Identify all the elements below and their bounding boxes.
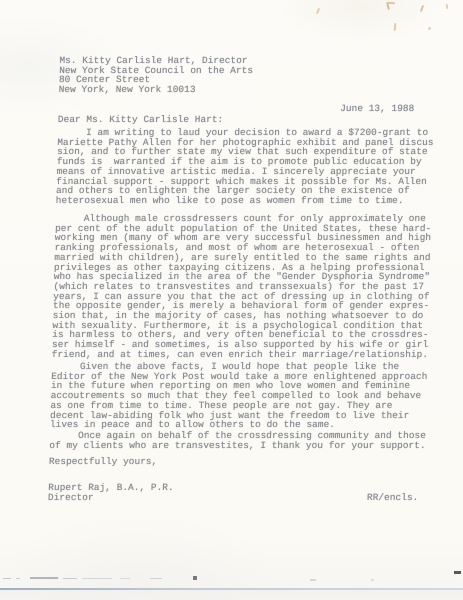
scan-speck (30, 577, 58, 579)
signature-title: Director (48, 493, 94, 503)
letter-body: Ms. Kitty Carlisle Hart, Director New Yo… (0, 0, 463, 600)
paragraph-2: Although male crossdressers count for on… (52, 214, 432, 360)
scan-speck (3, 578, 11, 579)
pencil-mark (428, 27, 431, 30)
scan-speck (82, 578, 112, 579)
paragraph-3: Given the above facts, I would hope that… (50, 362, 428, 430)
scan-speck (454, 571, 461, 574)
page-bottom-shadow (0, 590, 463, 600)
reference-initials: RR/encls. (367, 493, 419, 503)
scan-speck (193, 576, 197, 580)
paragraph-1: I am writing to laud your decision to aw… (56, 128, 434, 206)
paragraph-4: Once again on behalf of the crossdressin… (49, 431, 426, 450)
scan-speck (16, 578, 20, 579)
scan-speck (371, 579, 374, 581)
closing-line: Respectfully yours, (49, 457, 158, 467)
salutation: Dear Ms. Kitty Carlisle Hart: (58, 115, 224, 125)
scan-speck (120, 578, 130, 579)
scan-speck (150, 578, 162, 579)
scanned-letter-page: Ms. Kitty Carlisle Hart, Director New Yo… (0, 0, 463, 600)
recipient-address: Ms. Kitty Carlisle Hart, Director New Yo… (59, 56, 254, 95)
scan-speck (63, 578, 77, 579)
date-line: June 13, 1988 (340, 104, 414, 114)
scan-speck (310, 579, 316, 581)
